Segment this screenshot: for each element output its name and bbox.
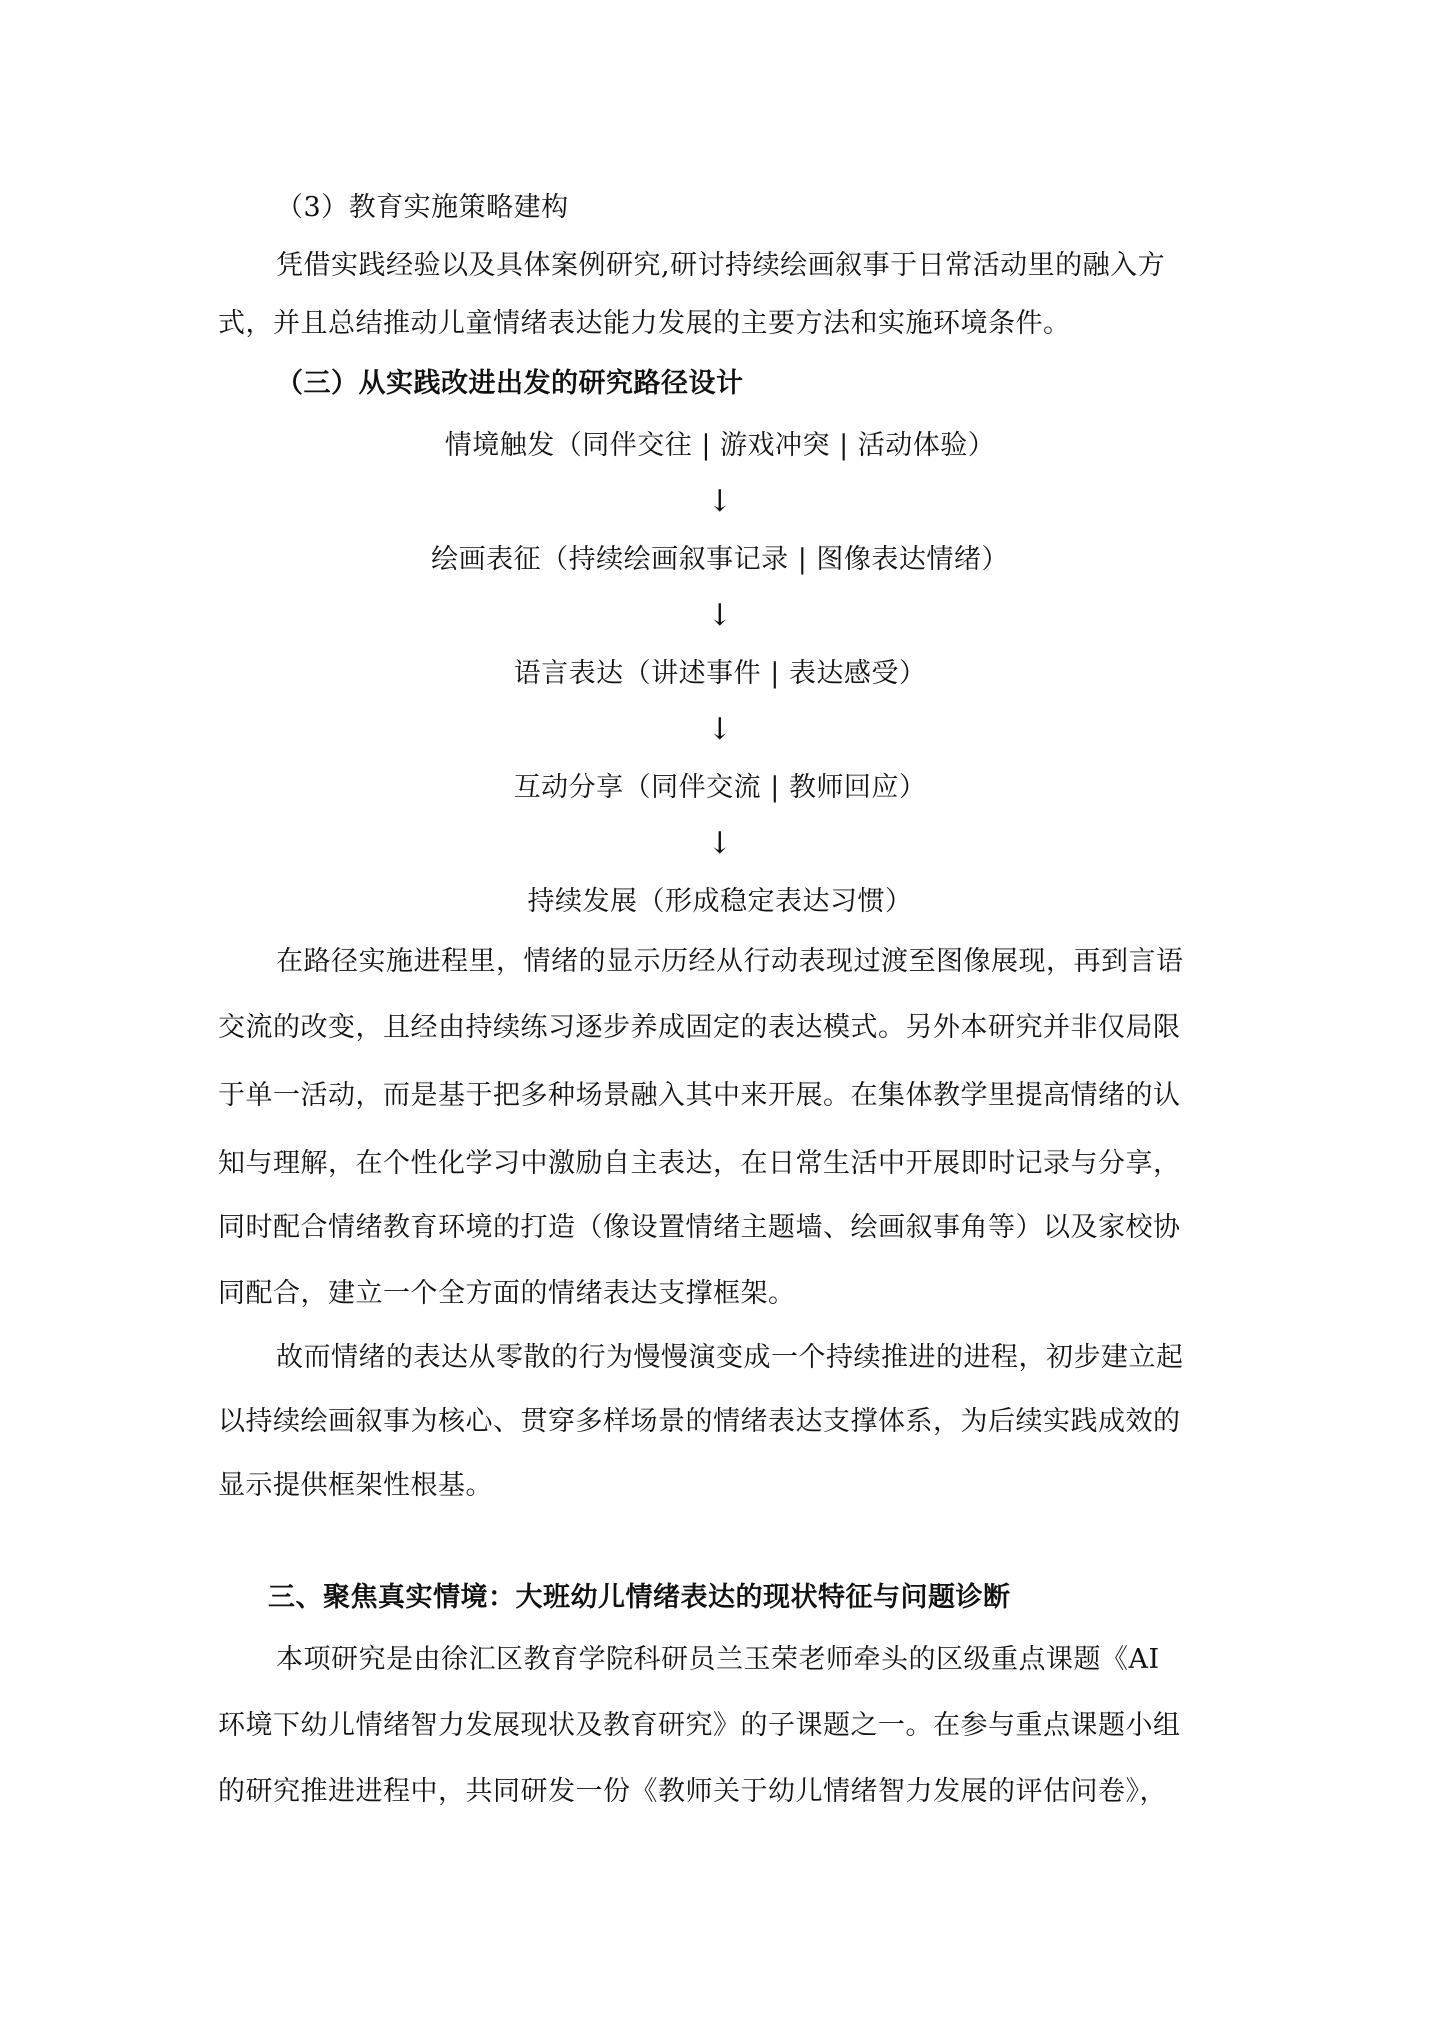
paragraph-line: 故而情绪的表达从零散的行为慢慢演变成一个持续推进的进程，初步建立起 [276,1340,1230,1376]
section-heading: （三）从实践改进出发的研究路径设计 [276,366,1230,402]
paragraph-line: 于单一活动，而是基于把多种场景融入其中来开展。在集体教学里提高情绪的认 [218,1078,1230,1114]
down-arrow-icon: ↓ [0,712,1440,748]
chapter-heading: 三、聚焦真实情境：大班幼儿情绪表达的现状特征与问题诊断 [268,1580,1222,1616]
down-arrow-icon: ↓ [0,826,1440,862]
flow-step: 情境触发（同伴交往 | 游戏冲突 | 活动体验） [0,428,1440,464]
paragraph-line: 的研究推进进程中，共同研发一份《教师关于幼儿情绪智力发展的评估问卷》， [218,1774,1230,1810]
document-page: （3）教育实施策略建构 凭借实践经验以及具体案例研究,研讨持续绘画叙事于日常活动… [0,0,1440,2036]
flow-step: 绘画表征（持续绘画叙事记录 | 图像表达情绪） [0,542,1440,578]
flow-step: 语言表达（讲述事件 | 表达感受） [0,656,1440,692]
paragraph-line: 同配合，建立一个全方面的情绪表达支撑框架。 [218,1276,1230,1312]
flow-step: 互动分享（同伴交流 | 教师回应） [0,770,1440,806]
paragraph-line: 交流的改变，且经由持续练习逐步养成固定的表达模式。另外本研究并非仅局限 [218,1010,1230,1046]
paragraph-line: 知与理解，在个性化学习中激励自主表达，在日常生活中开展即时记录与分享， [218,1146,1230,1182]
paragraph-line: 本项研究是由徐汇区教育学院科研员兰玉荣老师牵头的区级重点课题《AI [276,1642,1230,1678]
paragraph-line: 在路径实施进程里，情绪的显示历经从行动表现过渡至图像展现，再到言语 [276,944,1230,980]
paragraph-line: 以持续绘画叙事为核心、贯穿多样场景的情绪表达支撑体系，为后续实践成效的 [218,1404,1230,1440]
flow-step: 持续发展（形成稳定表达习惯） [0,884,1440,920]
paragraph-line: 式，并且总结推动儿童情绪表达能力发展的主要方法和实施环境条件。 [218,306,1230,342]
paragraph-line: 凭借实践经验以及具体案例研究,研讨持续绘画叙事于日常活动里的融入方 [276,248,1230,284]
down-arrow-icon: ↓ [0,484,1440,520]
paragraph-line: 显示提供框架性根基。 [218,1468,1230,1504]
down-arrow-icon: ↓ [0,598,1440,634]
subsection-heading: （3）教育实施策略建构 [276,190,1230,226]
paragraph-line: 同时配合情绪教育环境的打造（像设置情绪主题墙、绘画叙事角等）以及家校协 [218,1210,1230,1246]
paragraph-line: 环境下幼儿情绪智力发展现状及教育研究》的子课题之一。在参与重点课题小组 [218,1708,1230,1744]
